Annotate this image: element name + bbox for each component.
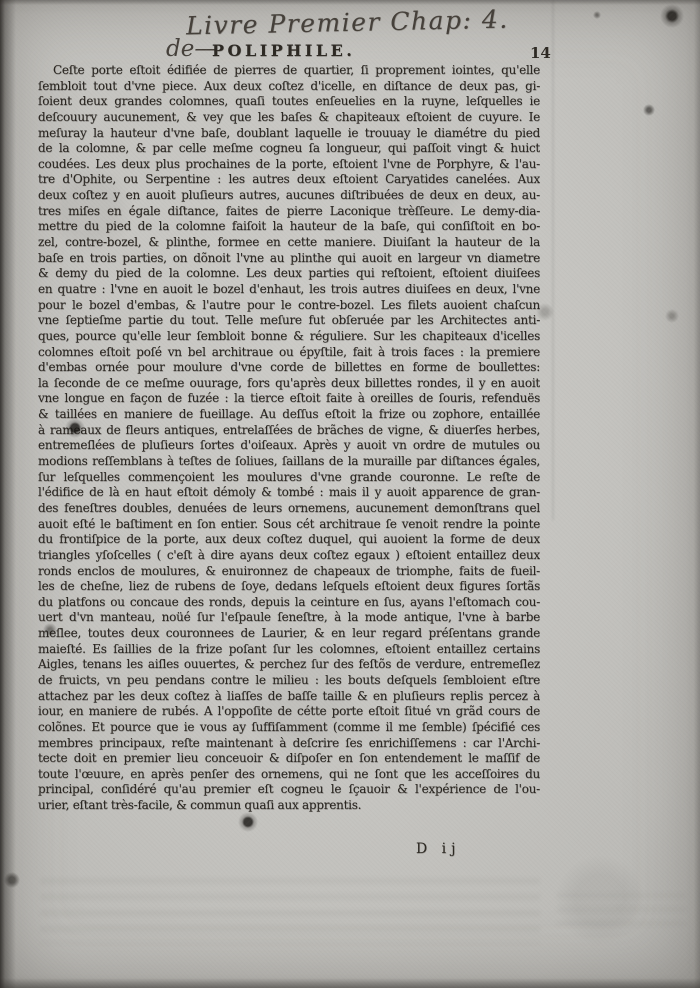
text-line: & demy du pied de la colomne. Les deux p… (38, 266, 540, 282)
text-line: des feneſtres doubles, denuées de leurs … (38, 501, 540, 517)
scan-edge-shadow-right (694, 0, 700, 988)
text-line: entremeſlées de pluſieurs ſortes d'oiſea… (38, 438, 540, 454)
handwritten-prefix-annotation: de— (166, 36, 217, 62)
text-line: ſoient deux grandes colomnes, quaſi tout… (38, 94, 540, 110)
scan-edge-shadow-bottom (0, 978, 700, 988)
text-line: modions reſſemblans à teſtes de ſoliues,… (38, 454, 540, 470)
text-line: membres principaux, reſte maintenant à d… (38, 736, 540, 752)
page-number: 14 (530, 44, 551, 62)
text-line: du frontiſpice de la porte, aux deux coſ… (38, 532, 540, 548)
text-line: uert d'vn manteau, noüé ſur l'eſpaule ſe… (38, 610, 540, 626)
body-text-block: Ceſte porte eſtoit édifiée de pierres de… (38, 63, 540, 814)
text-line: en quatre : l'vne en auoit le bozel d'en… (38, 282, 540, 298)
text-line: la ſeconde de ce meſme ouurage, fors qu'… (38, 376, 540, 392)
text-line: colomnes eſtoit poſé vn bel architraue o… (38, 345, 540, 361)
text-line: ſembloit tout d'vne piece. Aux deux coſt… (38, 79, 540, 95)
text-line: pour le bozel d'embas, & l'autre pour le… (38, 298, 540, 314)
show-through-ghost-text (40, 878, 540, 944)
text-line: toute l'œuure, en après penſer des ornem… (38, 767, 540, 783)
text-line: attachez par les deux coſtez à liaſſes d… (38, 689, 540, 705)
text-line: meſuray la hauteur d'vne baſe, doublant … (38, 126, 540, 142)
text-line: coudées. Les deux plus prochaines de la … (38, 157, 540, 173)
text-line: baſe en trois parties, on dõnoit l'vne a… (38, 251, 540, 267)
show-through-ghost-text (556, 893, 686, 933)
text-line: mettre du pied de la colomne faiſoit la … (38, 219, 540, 235)
text-line: vne longue en façon de fuzée : la tierce… (38, 391, 540, 407)
text-line: de fruicts, vn peu pendans contre le mil… (38, 673, 540, 689)
text-line: zel, contre-bozel, & plinthe, formee en … (38, 235, 540, 251)
text-line: d'embas ornée pour moulure d'vne corde d… (38, 360, 540, 376)
text-line: Ceſte porte eſtoit édifiée de pierres de… (38, 63, 540, 79)
text-line: urier, eſtant très-facile, & commun quaſ… (38, 798, 540, 814)
paper-crease (552, 0, 554, 520)
text-line: à rameaux de fleurs antiques, entrelaſſé… (38, 423, 540, 439)
text-line: du platfons ou concaue des ronds, depuis… (38, 595, 540, 611)
text-line: ſur leſquelles commençoient les moulures… (38, 470, 540, 486)
text-line: vne ſeptieſme partie du tout. Telle meſu… (38, 313, 540, 329)
text-line: ronds enclos de moulures, & enuironnez d… (38, 564, 540, 580)
text-line: iour, en maniere de rubés. A l'oppoſite … (38, 704, 540, 720)
text-line: l'édifice de là en haut eſtoit démoly & … (38, 485, 540, 501)
text-line: ques, pource qu'elle leur ſembloit bonne… (38, 329, 540, 345)
text-line: deſcouury aucunement, & vey que les baſe… (38, 110, 540, 126)
text-line: colõnes. Et pource que ie vous ay ſuffiſ… (38, 720, 540, 736)
handwritten-chapter-annotation: Livre Premier Chap: 4. (186, 5, 509, 41)
text-line: tre d'Ophite, ou Serpentine : les autres… (38, 172, 540, 188)
signature-mark: D ij (416, 841, 461, 857)
text-line: & taillées en maniere de fueillage. Au d… (38, 407, 540, 423)
text-line: deux coſtez y en auoit pluſieurs autres,… (38, 188, 540, 204)
text-line: auoit eſté le baſtiment en ſon entier. S… (38, 517, 540, 533)
text-line: les de cheſne, liez de rubens de ſoye, d… (38, 579, 540, 595)
scan-edge-shadow-left (0, 0, 16, 988)
text-line: meſlee, toutes deux couronnees de Laurie… (38, 626, 540, 642)
text-line: maieſté. Es ſaillies de la frize poſant … (38, 642, 540, 658)
text-line: tecte doit en premier lieu conceuoir & d… (38, 751, 540, 767)
text-line: tres miſes en égale diſtance, faites de … (38, 204, 540, 220)
scanned-book-page: Livre Premier Chap: 4. de— POLIPHILE. 14… (0, 0, 700, 988)
text-line: principal, conſidéré qu'au premier eſt c… (38, 782, 540, 798)
running-header-title: POLIPHILE. (212, 41, 355, 60)
scan-edge-shadow-top (0, 0, 700, 5)
text-line: Aigles, tenans les aiſles ouuertes, & pe… (38, 657, 540, 673)
text-line: triangles yſoſcelles ( c'eſt à dire ayan… (38, 548, 540, 564)
text-line: de la colomne, & par celle meſme cogneu … (38, 141, 540, 157)
